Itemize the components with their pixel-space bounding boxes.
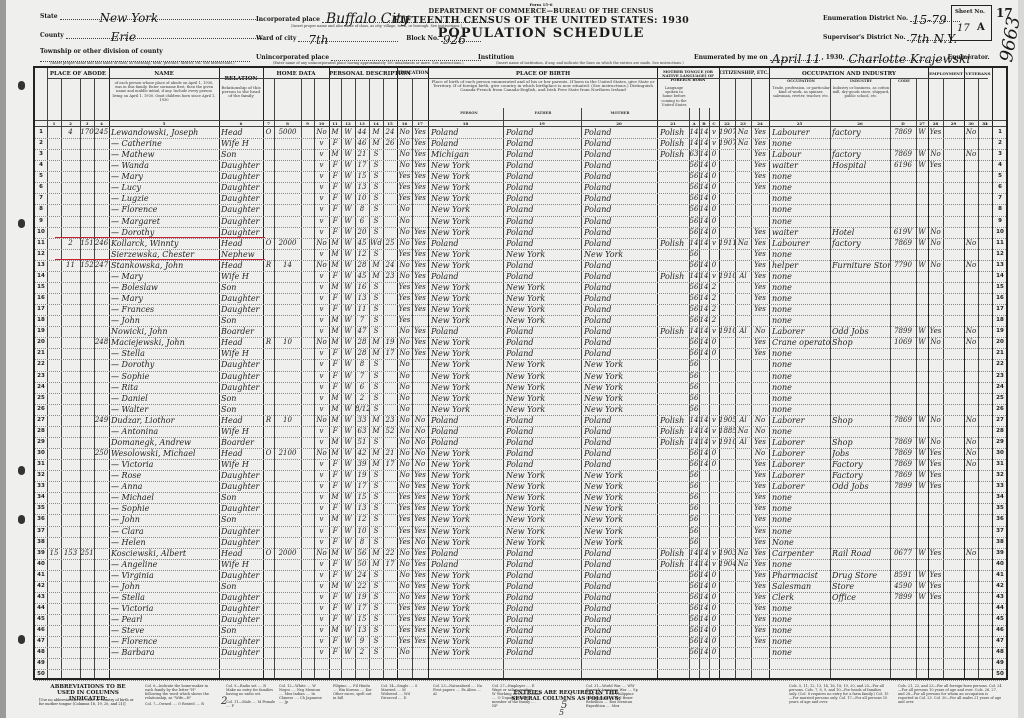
cell-age: 63 [355, 426, 369, 438]
cell-name: — Rose [111, 470, 219, 482]
column-number: 30 [964, 121, 978, 126]
cell-pob-father: Poland [506, 227, 581, 239]
cell-occupation: none [772, 404, 830, 416]
cell-tongue: Polish [660, 238, 689, 250]
cell-occupation: none [772, 603, 830, 615]
cell-line: 38 [35, 537, 47, 549]
cell-pob-mother: Poland [584, 625, 657, 637]
cell-sex: M [329, 249, 341, 261]
cell-race: W [341, 359, 355, 371]
cell-code-a: 14 [689, 326, 699, 338]
cell-line: 42 [35, 581, 47, 593]
cell-line: 33 [35, 481, 47, 493]
cell-sex: M [329, 282, 341, 294]
cell-employed: Yes [928, 160, 943, 172]
cell-pob-mother: New York [584, 503, 657, 515]
cell-code-d: 7869 [890, 415, 916, 427]
cell-read: No [412, 537, 428, 549]
cell-sex: F [329, 647, 341, 659]
table-row: 25— DanielSonvMW2SNoNew YorkNew YorkNew … [35, 393, 1006, 405]
cell-relation: Boarder [221, 437, 263, 449]
cell-family: 250 [94, 448, 109, 460]
cell-school: Yes [397, 526, 412, 538]
cell-marital: S [369, 171, 383, 183]
cell-race: W [341, 337, 355, 349]
cell-house: 153 [61, 548, 80, 560]
cell-occupation: Laborer [772, 326, 830, 338]
cell-relation: Son [221, 514, 263, 526]
cell-code-b: 14 [699, 592, 709, 604]
cell-code-d: 1069 [890, 337, 916, 349]
cell-sex: M [329, 238, 341, 250]
cell-school: No [397, 138, 412, 150]
cell-pob-mother: Poland [584, 581, 657, 593]
cell-race: W [341, 559, 355, 571]
cell-pob: New York [431, 216, 503, 228]
cell-marital: M [369, 127, 383, 139]
enumerated-field: Enumerated by me on April 11 , 1930, Cha… [694, 54, 990, 61]
cell-industry: Store [832, 581, 890, 593]
cell-industry: Factory [832, 459, 890, 471]
cell-code-b: 14 [699, 182, 709, 194]
cell-read: Yes [412, 160, 428, 172]
cell-name: Domanegk, Andrew [111, 437, 219, 449]
cell-farm: No [314, 448, 329, 460]
cell-name: — Margaret [111, 216, 219, 228]
cell-vet: No [964, 415, 978, 427]
cell-age: 15 [355, 171, 369, 183]
cell-marital: S [369, 193, 383, 205]
cell-pob: New York [431, 160, 503, 172]
cell-line-right: 29 [992, 437, 1008, 449]
cell-farm: v [314, 304, 329, 316]
cell-code-c: v [709, 415, 719, 427]
cell-line: 25 [35, 393, 47, 405]
cell-name: — Clara [111, 526, 219, 538]
cell-code-c: v [709, 426, 719, 438]
cell-farm: v [314, 359, 329, 371]
ward-value: 7th [308, 33, 328, 47]
table-row: 24— RitaDaughtervFW6SNoNew YorkNew YorkN… [35, 382, 1006, 394]
cell-english: Yes [751, 249, 769, 261]
cell-industry: Hospital [832, 160, 890, 172]
cell-relation: Head [221, 548, 263, 560]
cell-code-a: 56 [689, 337, 699, 349]
cell-age: 17 [355, 160, 369, 172]
cell-read: Yes [412, 282, 428, 294]
cell-line-right: 5 [992, 171, 1008, 183]
enumerated-date: April 11 [772, 52, 821, 66]
cell-relation: Wife H [221, 271, 263, 283]
cell-pob: New York [431, 282, 503, 294]
cell-pob-mother: Poland [584, 614, 657, 626]
cell-line: 16 [35, 293, 47, 305]
cell-read: Yes [412, 492, 428, 504]
cell-marital: M [369, 260, 383, 272]
cell-owned: R [263, 260, 274, 272]
cell-code-a: 14 [689, 426, 699, 438]
cell-name: — Stella [111, 592, 219, 604]
cell-sex: M [329, 415, 341, 427]
cell-line: 7 [35, 193, 47, 205]
cell-age: 10 [355, 526, 369, 538]
column-number: 25 [769, 121, 830, 126]
cell-pob-mother: New York [584, 404, 657, 416]
cell-pob-mother: Poland [584, 636, 657, 648]
cell-pob: New York [431, 570, 503, 582]
cell-sex: M [329, 393, 341, 405]
cell-sex: M [329, 326, 341, 338]
cell-marital: S [369, 304, 383, 316]
cell-line-right: 3 [992, 149, 1008, 161]
cell-read: No [412, 426, 428, 438]
cell-relation: Daughter [221, 570, 263, 582]
cell-line: 26 [35, 404, 47, 416]
cell-marital: S [369, 404, 383, 416]
cell-occupation: none [772, 559, 830, 571]
cell-code-a: 56 [689, 448, 699, 460]
cell-code-d: 7869 [890, 448, 916, 460]
cell-class: W [916, 415, 928, 427]
cell-pob-father: Poland [506, 415, 581, 427]
cell-farm: v [314, 182, 329, 194]
cell-sex: F [329, 636, 341, 648]
cell-line: 11 [35, 238, 47, 250]
cell-code-a: 14 [689, 138, 699, 150]
cell-pob-mother: Poland [584, 293, 657, 305]
cell-age: 39 [355, 459, 369, 471]
cell-sex: M [329, 492, 341, 504]
cell-sex: F [329, 592, 341, 604]
cell-read: No [412, 415, 428, 427]
cell-line: 4 [35, 160, 47, 172]
cell-school: No [397, 382, 412, 394]
cell-age-married: 52 [383, 426, 397, 438]
cell-code-b: 14 [699, 238, 709, 250]
column-number: 16 [397, 121, 412, 126]
cell-english: No [751, 415, 769, 427]
cell-vet: No [964, 127, 978, 139]
cell-school: Yes [397, 293, 412, 305]
cell-line: 15 [35, 282, 47, 294]
cell-read: Yes [412, 625, 428, 637]
cell-line: 24 [35, 382, 47, 394]
cell-vet: No [964, 260, 978, 272]
cell-pob: New York [431, 470, 503, 482]
cell-pob-father: Poland [506, 127, 581, 139]
cell-farm: v [314, 282, 329, 294]
cell-pob-father: Poland [506, 570, 581, 582]
cell-line-right: 36 [992, 514, 1008, 526]
cell-pob-mother: New York [584, 537, 657, 549]
column-number: 28 [928, 121, 943, 126]
cell-relation: Daughter [221, 359, 263, 371]
cell-pob-mother: Poland [584, 326, 657, 338]
cell-age-married: 25 [383, 238, 397, 250]
column-number: 20 [581, 121, 657, 126]
column-number: 15 [383, 121, 397, 126]
cell-age: 46 [355, 138, 369, 150]
cell-marital: S [369, 393, 383, 405]
cell-code-d: 7869 [890, 459, 916, 471]
table-row: 37— ClaraDaughtervFW10SYesYesNew YorkNew… [35, 526, 1006, 538]
cell-farm: v [314, 193, 329, 205]
cell-age: 13 [355, 625, 369, 637]
column-number: 4 [94, 121, 109, 126]
cell-line-right: 38 [992, 537, 1008, 549]
cell-age: 22 [355, 581, 369, 593]
cell-name: — Rita [111, 382, 219, 394]
cell-code-d: 619V [890, 227, 916, 239]
cell-pob-father: Poland [506, 448, 581, 460]
cell-line-right: 31 [992, 459, 1008, 471]
cell-pob-mother: New York [584, 470, 657, 482]
cell-pob-mother: New York [584, 249, 657, 261]
cell-industry: Drug Store [832, 570, 890, 582]
cell-occupation: none [772, 426, 830, 438]
cell-code-c: v [709, 138, 719, 150]
sheet-number: 17 [957, 23, 970, 34]
cell-code-b: 14 [699, 260, 709, 272]
cell-code-a: 14 [689, 415, 699, 427]
cell-race: W [341, 636, 355, 648]
cell-pob: New York [431, 337, 503, 349]
cell-race: W [341, 348, 355, 360]
cell-relation: Daughter [221, 647, 263, 659]
cell-school: Yes [397, 503, 412, 515]
cell-line-right: 11 [992, 238, 1008, 250]
cell-race: W [341, 282, 355, 294]
cell-pob: Poland [431, 559, 503, 571]
cell-sex: M [329, 149, 341, 161]
cell-age: 11 [355, 304, 369, 316]
cell-line: 9 [35, 216, 47, 228]
cell-code-a: 56 [689, 227, 699, 239]
cell-relation: Daughter [221, 382, 263, 394]
cell-code-a: 56 [689, 537, 699, 549]
cell-occupation: Labourer [772, 238, 830, 250]
table-row: 45— PearlDaughtervFW15SYesYesNew YorkPol… [35, 614, 1006, 626]
cell-immig: 1910 [719, 326, 735, 338]
cell-employed: Yes [928, 470, 943, 482]
cell-age: 7 [355, 315, 369, 327]
cell-marital: S [369, 249, 383, 261]
cell-pob: New York [431, 171, 503, 183]
cell-pob-mother: Poland [584, 437, 657, 449]
cell-relation: Wife H [221, 138, 263, 150]
cell-pob-father: Poland [506, 437, 581, 449]
cell-code-a: 56 [689, 404, 699, 416]
cell-occupation: none [772, 636, 830, 648]
cell-race: W [341, 481, 355, 493]
cell-line-right: 26 [992, 404, 1008, 416]
cell-pob-father: Poland [506, 271, 581, 283]
cell-code-a: 56 [689, 249, 699, 261]
cell-pob: New York [431, 315, 503, 327]
cell-marital: S [369, 592, 383, 604]
cell-school: No [397, 548, 412, 560]
cell-farm: v [314, 426, 329, 438]
cell-pob-mother: Poland [584, 415, 657, 427]
cell-line: 10 [35, 227, 47, 239]
cell-sex: M [329, 514, 341, 526]
cell-employed: No [928, 149, 943, 161]
table-row: 36— JohnSonvMW12SYesYesNew YorkNew YorkN… [35, 514, 1006, 526]
cell-natur: Al [735, 326, 751, 338]
cell-sex: F [329, 526, 341, 538]
cell-name: — Stella [111, 348, 219, 360]
cell-code-b: 14 [699, 171, 709, 183]
cell-industry: Rail Road [832, 548, 890, 560]
column-number: 2 [61, 121, 80, 126]
cell-code-a: 56 [689, 470, 699, 482]
cell-family: 245 [94, 127, 109, 139]
cell-code-a: 56 [689, 193, 699, 205]
table-row: 19Nowicki, JohnBoardervMW47SNoYesPolandP… [35, 326, 1006, 338]
cell-pob: New York [431, 647, 503, 659]
cell-english: Yes [751, 304, 769, 316]
cell-race: W [341, 603, 355, 615]
cell-farm: v [314, 481, 329, 493]
cell-english: Yes [751, 171, 769, 183]
cell-code-d: 7869 [890, 127, 916, 139]
cell-name: — Helen [111, 537, 219, 549]
cell-age-married: 17 [383, 559, 397, 571]
cell-immig: 1905 [719, 415, 735, 427]
cell-code-b: 14 [699, 326, 709, 338]
cell-race: W [341, 548, 355, 560]
cell-marital: S [369, 614, 383, 626]
cell-line: 30 [35, 448, 47, 460]
cell-tongue: Polish [660, 548, 689, 560]
cell-employed: Yes [928, 481, 943, 493]
cell-race: W [341, 249, 355, 261]
cell-code-a: 14 [689, 271, 699, 283]
cell-pob: New York [431, 193, 503, 205]
cell-code-a: 56 [689, 647, 699, 659]
cell-pob: New York [431, 393, 503, 405]
cell-sex: M [329, 127, 341, 139]
cell-code-a: 56 [689, 481, 699, 493]
cell-relation: Head [221, 238, 263, 250]
cell-read: Yes [412, 548, 428, 560]
cell-code-d: 7899 [890, 326, 916, 338]
cell-pob-father: New York [506, 470, 581, 482]
cell-marital: S [369, 503, 383, 515]
column-number: 14 [369, 121, 383, 126]
cell-code-c: 0 [709, 603, 719, 615]
cell-marital: S [369, 160, 383, 172]
cell-english: Yes [751, 636, 769, 648]
cell-code-b: 14 [699, 127, 709, 139]
cell-code-d: 6196 [890, 160, 916, 172]
cell-farm: v [314, 160, 329, 172]
cell-pob: New York [431, 204, 503, 216]
cell-name: — Barbara [111, 647, 219, 659]
cell-read: Yes [412, 581, 428, 593]
cell-read: Yes [412, 570, 428, 582]
cell-name: — Florence [111, 204, 219, 216]
cell-farm: No [314, 260, 329, 272]
schedule-title: POPULATION SCHEDULE [341, 26, 741, 41]
cell-code-d: 0677 [890, 548, 916, 560]
cell-name: — Frances [111, 304, 219, 316]
cell-english: Yes [751, 437, 769, 449]
cell-line-right: 19 [992, 326, 1008, 338]
cell-marital: S [369, 371, 383, 383]
cell-code-a: 56 [689, 204, 699, 216]
cell-immig: 1904 [719, 559, 735, 571]
cell-marital: S [369, 293, 383, 305]
cell-line-right: 42 [992, 581, 1008, 593]
cell-relation: Boarder [221, 326, 263, 338]
cell-occupation: none [772, 204, 830, 216]
cell-marital: S [369, 625, 383, 637]
cell-occupation: Carpenter [772, 548, 830, 560]
cell-race: W [341, 182, 355, 194]
cell-class: W [916, 337, 928, 349]
cell-farm: v [314, 315, 329, 327]
punch-hole [18, 466, 25, 475]
cell-vet: No [964, 337, 978, 349]
cell-marital: M [369, 138, 383, 150]
cell-school: No [397, 404, 412, 416]
column-number: A [689, 121, 699, 126]
cell-code-b: 14 [699, 581, 709, 593]
cell-pob: Poland [431, 238, 503, 250]
cell-age: 13 [355, 503, 369, 515]
cell-sex: M [329, 337, 341, 349]
cell-code-c: 0 [709, 592, 719, 604]
cell-pob-father: New York [506, 503, 581, 515]
cell-code-b: 14 [699, 570, 709, 582]
cell-line: 34 [35, 492, 47, 504]
cell-pob: New York [431, 492, 503, 504]
cell-race: W [341, 503, 355, 515]
cell-name: — Anna [111, 481, 219, 493]
cell-race: W [341, 149, 355, 161]
cell-code-b: 14 [699, 271, 709, 283]
cell-value: 10 [274, 415, 301, 427]
cell-class: W [916, 448, 928, 460]
census-sheet: State New York County Erie Township or o… [6, 0, 1018, 718]
cell-pob-father: New York [506, 315, 581, 327]
cell-school: Yes [397, 193, 412, 205]
cell-pob-father: Poland [506, 204, 581, 216]
cell-farm: v [314, 227, 329, 239]
cell-pob-mother: Poland [584, 337, 657, 349]
cell-occupation: Labour [772, 149, 830, 161]
cell-marital: S [369, 470, 383, 482]
cell-line-right: 8 [992, 204, 1008, 216]
cell-industry: Odd Jobs [832, 326, 890, 338]
cell-read: No [412, 437, 428, 449]
cell-school: No [397, 393, 412, 405]
cell-owned: R [263, 337, 274, 349]
cell-age-married: 24 [383, 127, 397, 139]
cell-code-b: 14 [699, 149, 709, 161]
cell-pob-mother: Poland [584, 559, 657, 571]
cell-english: Yes [751, 182, 769, 194]
cell-dwelling: 151 [80, 238, 94, 250]
cell-pob-father: Poland [506, 459, 581, 471]
cell-farm: v [314, 470, 329, 482]
cell-age-married: 26 [383, 138, 397, 150]
cell-class: W [916, 160, 928, 172]
cell-code-c: v [709, 437, 719, 449]
cell-name: — Lucy [111, 182, 219, 194]
cell-read: Yes [412, 514, 428, 526]
